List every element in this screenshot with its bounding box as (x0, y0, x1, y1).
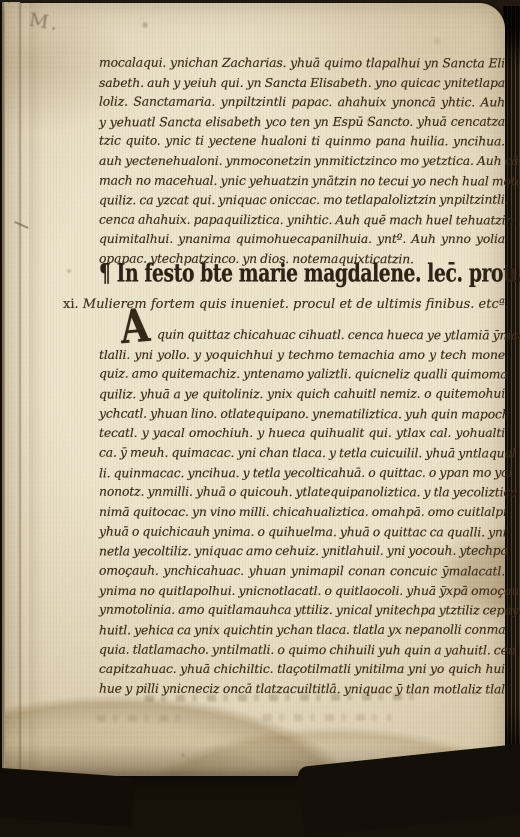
manuscript-line: quiliz. yhuā a ye quitoliniz. ynix quich… (99, 384, 505, 404)
ink-bleedthrough (145, 693, 417, 702)
gutter-shadow (29, 3, 43, 776)
manuscript-line: capitzahuac. yhuā chichiltic. tlaçotilma… (99, 659, 505, 679)
section-heading: ¶ In festo bte marie magdalene. lec̄. pr… (99, 257, 505, 288)
ink-bleedthrough (97, 715, 181, 722)
manuscript-line: ynima no quitlapolhui. ynicnotlacatl. o … (99, 581, 505, 601)
manuscript-line: quia. tlatlamacho. yntilmatli. o quimo c… (99, 639, 505, 660)
paragraph-1: mocalaqui. ynichan Zacharias. yhuā quimo… (99, 53, 505, 269)
manuscript-line: tzic quito. ynic ti yectene hualoni ti q… (99, 131, 505, 151)
manuscript-line: sabeth. auh y yeiuh qui. yn Sancta Elisa… (99, 73, 505, 93)
manuscript-line: nimā quitocac. yn vino milli. chicahuali… (99, 502, 505, 522)
gutter-crease (18, 3, 22, 776)
manuscript-line: quin quittaz chicahuac cihuatl. cenca hu… (157, 325, 505, 345)
manuscript-line: quimitalhui. ynanima quimohuecapanilhuia… (99, 229, 505, 249)
manuscript-line: quiliz. ca yzcat qui. yniquac oniccac. m… (99, 190, 505, 210)
manuscript-page: M. mocalaqui. ynichan Zacharias. yhuā qu… (5, 3, 505, 776)
manuscript-line: omoçauh. ynchicahuac. yhuan ynimapil con… (99, 560, 505, 581)
manuscript-line: mocalaqui. ynichan Zacharias. yhuā quimo… (99, 53, 505, 73)
manuscript-line: netla yecoltiliz. yniquac amo cehuiz. yn… (99, 541, 505, 561)
manuscript-line: ychcatl. yhuan lino. otlatequipano. ynem… (99, 403, 505, 424)
manuscript-line: nonotz. ynmilli. yhuā o quicouh. ytlateq… (99, 482, 505, 503)
manuscript-line: auh yectenehualoni. ynmoconetzin ynmitic… (99, 151, 505, 171)
manuscript-line: tlalli. yni yollo. y yoquichhui y techmo… (99, 345, 505, 365)
manuscript-line: huitl. yehica ca ynix quichtin ychan tla… (99, 619, 505, 639)
manuscript-line: mach no macehual. ynic yehuatzin ynātzin… (99, 170, 505, 190)
manuscript-line: cenca ahahuix. papaquiliztica. ynihtic. … (99, 209, 505, 229)
manuscript-line: y yehuatl Sancta elisabeth yco ten yn Es… (99, 111, 505, 131)
folio-mark: M. (27, 9, 62, 36)
manuscript-line: yhuā o quichicauh ynima. o quihuelma. yh… (99, 521, 505, 542)
paragraph-2: quin quittaz chicahuac cihuatl. cenca hu… (99, 325, 505, 698)
manuscript-line: ynmotolinia. amo quitlamauhca yttiliz. y… (99, 600, 505, 621)
manuscript-line: tecatl. y yacal omochiuh. y hueca quihua… (99, 423, 505, 443)
manuscript-line: quiz. amo quitemachiz. yntenamo yaliztli… (99, 364, 505, 385)
manuscript-line: loliz. Sanctamaria. ynpiltzintli papac. … (99, 92, 505, 112)
manuscript-line: ca. ȳ meuh. quimacac. yni chan tlaca. y … (99, 443, 505, 464)
chapter-number: xi. (63, 297, 79, 312)
photo-background: M. mocalaqui. ynichan Zacharias. yhuā qu… (0, 0, 520, 800)
ink-bleedthrough (263, 714, 391, 721)
fore-edge-pages (503, 6, 520, 786)
manuscript-line: li. quinmacac. yncihua. y tetla yecoltic… (99, 462, 505, 482)
